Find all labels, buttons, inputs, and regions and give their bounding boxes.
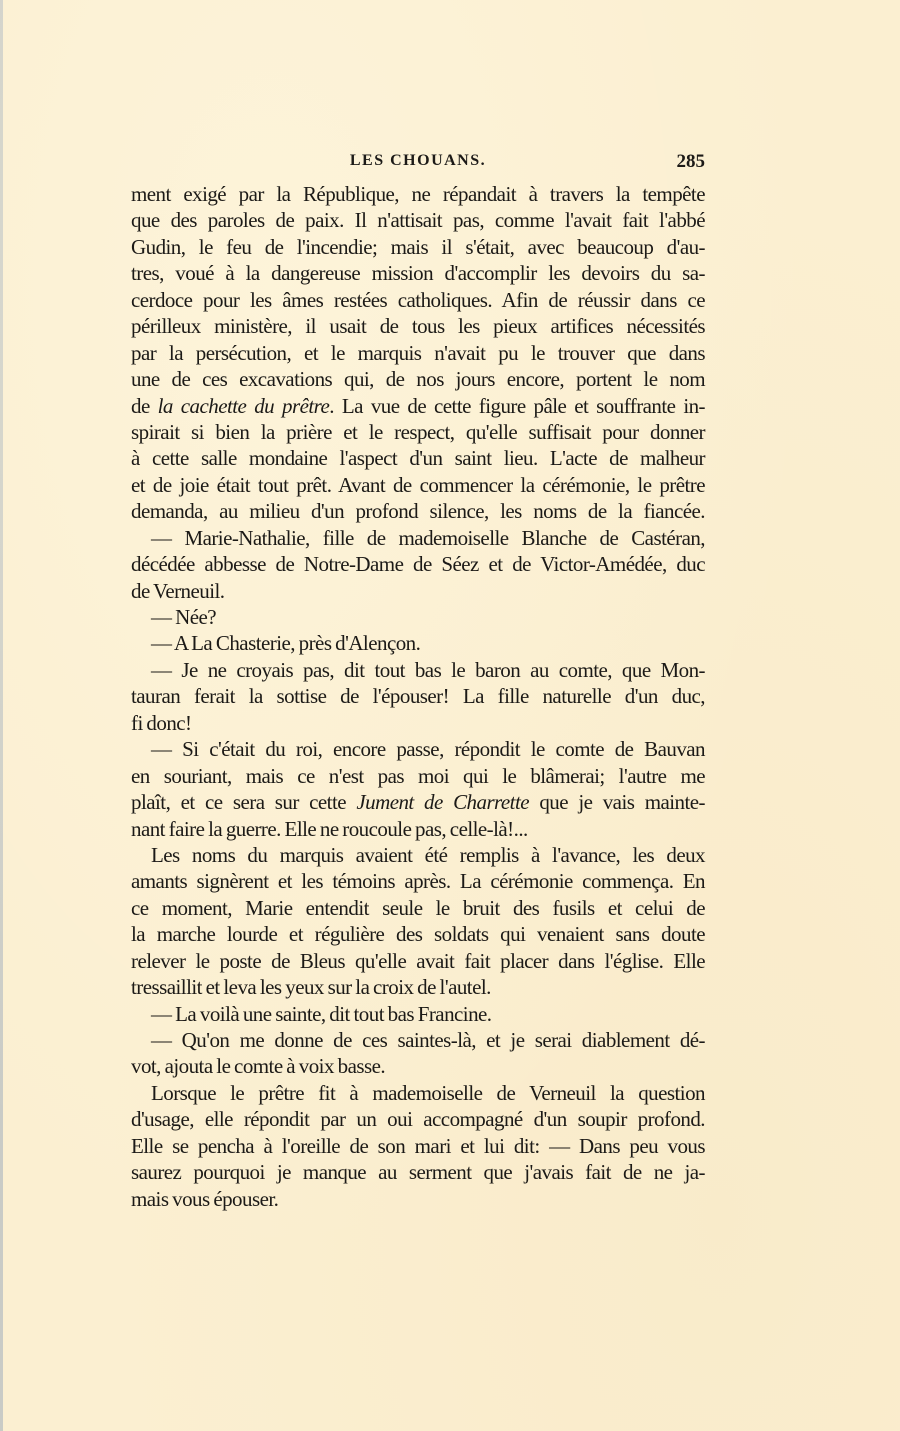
- text-run: décédée abbesse de Notre-Dame de Séez et…: [131, 552, 705, 576]
- running-head: LES CHOUANS. 285: [131, 152, 705, 176]
- text-line-content: tauran ferait la sottise de l'épouser! L…: [131, 683, 705, 709]
- text-run: à cette salle mondaine l'aspect d'un sai…: [131, 446, 705, 470]
- text-run: — Qu'on me donne de ces saintes-là, et j…: [151, 1028, 705, 1052]
- text-line-content: Les noms du marquis avaient été remplis …: [151, 842, 705, 868]
- text-run: périlleux ministère, il usait de tous le…: [131, 314, 705, 338]
- text-run: nant faire la guerre. Elle ne roucoule p…: [131, 817, 528, 841]
- text-line-content: Elle se pencha à l'oreille de son mari e…: [131, 1133, 705, 1159]
- running-title: LES CHOUANS.: [131, 152, 705, 170]
- text-line-content: tres, voué à la dangereuse mission d'acc…: [131, 260, 705, 286]
- text-run: — Si c'était du roi, encore passe, répon…: [151, 737, 705, 761]
- text-run: demanda, au milieu d'un profond silence,…: [131, 499, 705, 523]
- text-line: par la persécution, et le marquis n'avai…: [131, 340, 705, 366]
- text-line-content: spirait si bien la prière et le respect,…: [131, 419, 705, 445]
- text-line: relever le poste de Bleus qu'elle avait …: [131, 948, 705, 974]
- text-run: ment exigé par la République, ne répanda…: [131, 182, 705, 206]
- text-line: et de joie était tout prêt. Avant de com…: [131, 472, 705, 498]
- text-line-content: fi donc!: [131, 710, 705, 736]
- text-line-content: Lorsque le prêtre fit à mademoiselle de …: [151, 1080, 705, 1106]
- text-line: de Verneuil.: [131, 578, 705, 604]
- text-run: ce moment, Marie entendit seule le bruit…: [131, 896, 705, 920]
- text-line: saurez pourquoi je manque au serment que…: [131, 1159, 705, 1185]
- text-line-content: mais vous épouser.: [131, 1186, 705, 1212]
- text-line: Elle se pencha à l'oreille de son mari e…: [131, 1133, 705, 1159]
- text-line: ment exigé par la République, ne répanda…: [131, 181, 705, 207]
- text-run: fi donc!: [131, 711, 192, 735]
- text-line: une de ces excavations qui, de nos jours…: [131, 366, 705, 392]
- text-run: amants signèrent et les témoins après. L…: [131, 869, 705, 893]
- text-line: Les noms du marquis avaient été remplis …: [131, 842, 705, 868]
- text-line-content: en souriant, mais ce n'est pas moi qui l…: [131, 763, 705, 789]
- text-line-content: ment exigé par la République, ne répanda…: [131, 181, 705, 207]
- text-run: une de ces excavations qui, de nos jours…: [131, 367, 705, 391]
- text-line: — Si c'était du roi, encore passe, répon…: [131, 736, 705, 762]
- text-line: vot, ajouta le comte à voix basse.: [131, 1053, 705, 1079]
- text-run: tauran ferait la sottise de l'épouser! L…: [131, 684, 705, 708]
- text-line-content: relever le poste de Bleus qu'elle avait …: [131, 948, 705, 974]
- text-run: que des paroles de paix. Il n'attisait p…: [131, 208, 705, 232]
- text-line: — La voilà une sainte, dit tout bas Fran…: [131, 1001, 705, 1027]
- text-line: la marche lourde et régulière des soldat…: [131, 921, 705, 947]
- text-line: d'usage, elle répondit par un oui accomp…: [131, 1106, 705, 1132]
- text-line-content: que des paroles de paix. Il n'attisait p…: [131, 207, 705, 233]
- text-line-content: — Marie-Nathalie, fille de mademoiselle …: [151, 525, 705, 551]
- text-line: — A La Chasterie, près d'Alençon.: [131, 630, 705, 656]
- text-line: de la cachette du prêtre. La vue de cett…: [131, 393, 705, 419]
- text-run: mais vous épouser.: [131, 1187, 278, 1211]
- text-run: Lorsque le prêtre fit à mademoiselle de …: [151, 1081, 705, 1105]
- text-line-content: vot, ajouta le comte à voix basse.: [131, 1053, 705, 1079]
- text-line-content: à cette salle mondaine l'aspect d'un sai…: [131, 445, 705, 471]
- text-line-content: la marche lourde et régulière des soldat…: [131, 921, 705, 947]
- text-run: tres, voué à la dangereuse mission d'acc…: [131, 261, 705, 285]
- text-run: . La vue de cette figure pâle et souffra…: [329, 394, 705, 418]
- text-line-content: — Si c'était du roi, encore passe, répon…: [151, 736, 705, 762]
- body-text: ment exigé par la République, ne répanda…: [131, 181, 705, 1212]
- text-run: de: [131, 394, 158, 418]
- page-number: 285: [677, 151, 706, 173]
- text-line: tres, voué à la dangereuse mission d'acc…: [131, 260, 705, 286]
- text-line: mais vous épouser.: [131, 1186, 705, 1212]
- text-run: d'usage, elle répondit par un oui accomp…: [131, 1107, 705, 1131]
- text-run: relever le poste de Bleus qu'elle avait …: [131, 949, 705, 973]
- text-run: Les noms du marquis avaient été remplis …: [151, 843, 705, 867]
- text-run: vot, ajouta le comte à voix basse.: [131, 1054, 385, 1078]
- text-run: cerdoce pour les âmes restées catholique…: [131, 288, 705, 312]
- text-run: — Je ne croyais pas, dit tout bas le bar…: [151, 658, 705, 682]
- text-line-content: ce moment, Marie entendit seule le bruit…: [131, 895, 705, 921]
- text-line: — Marie-Nathalie, fille de mademoiselle …: [131, 525, 705, 551]
- book-page: LES CHOUANS. 285 ment exigé par la Répub…: [0, 0, 900, 1431]
- text-run: saurez pourquoi je manque au serment que…: [131, 1160, 705, 1184]
- text-line: demanda, au milieu d'un profond silence,…: [131, 498, 705, 524]
- text-run: et de joie était tout prêt. Avant de com…: [131, 473, 705, 497]
- text-line: amants signèrent et les témoins après. L…: [131, 868, 705, 894]
- text-line-content: — La voilà une sainte, dit tout bas Fran…: [151, 1001, 705, 1027]
- text-run: — Marie-Nathalie, fille de mademoiselle …: [151, 526, 705, 550]
- text-line-content: nant faire la guerre. Elle ne roucoule p…: [131, 816, 705, 842]
- text-line-content: saurez pourquoi je manque au serment que…: [131, 1159, 705, 1185]
- text-run: en souriant, mais ce n'est pas moi qui l…: [131, 764, 705, 788]
- text-line-content: et de joie était tout prêt. Avant de com…: [131, 472, 705, 498]
- text-run: — La voilà une sainte, dit tout bas Fran…: [151, 1002, 492, 1026]
- text-run: — Née?: [151, 605, 216, 629]
- text-line: ce moment, Marie entendit seule le bruit…: [131, 895, 705, 921]
- text-run: la marche lourde et régulière des soldat…: [131, 922, 705, 946]
- text-line-content: cerdoce pour les âmes restées catholique…: [131, 287, 705, 313]
- text-line-content: — A La Chasterie, près d'Alençon.: [151, 630, 705, 656]
- text-line-content: de la cachette du prêtre. La vue de cett…: [131, 393, 705, 419]
- text-line: fi donc!: [131, 710, 705, 736]
- text-line: décédée abbesse de Notre-Dame de Séez et…: [131, 551, 705, 577]
- text-line-content: d'usage, elle répondit par un oui accomp…: [131, 1106, 705, 1132]
- text-line: périlleux ministère, il usait de tous le…: [131, 313, 705, 339]
- text-run: de Verneuil.: [131, 579, 224, 603]
- text-run: que je vais mainte-: [529, 790, 705, 814]
- text-run: Elle se pencha à l'oreille de son mari e…: [131, 1134, 705, 1158]
- italic-title: la cachette du prêtre: [158, 394, 330, 418]
- text-line-content: décédée abbesse de Notre-Dame de Séez et…: [131, 551, 705, 577]
- text-line: que des paroles de paix. Il n'attisait p…: [131, 207, 705, 233]
- text-line: nant faire la guerre. Elle ne roucoule p…: [131, 816, 705, 842]
- text-line: tauran ferait la sottise de l'épouser! L…: [131, 683, 705, 709]
- italic-title: Jument de Charrette: [356, 790, 529, 814]
- text-line-content: — Née?: [151, 604, 705, 630]
- text-run: Gudin, le feu de l'incendie; mais il s'é…: [131, 235, 705, 259]
- text-line: — Je ne croyais pas, dit tout bas le bar…: [131, 657, 705, 683]
- text-run: plaît, et ce sera sur cette: [131, 790, 356, 814]
- text-line-content: tressaillit et leva les yeux sur la croi…: [131, 974, 705, 1000]
- text-line-content: — Qu'on me donne de ces saintes-là, et j…: [151, 1027, 705, 1053]
- text-line: plaît, et ce sera sur cette Jument de Ch…: [131, 789, 705, 815]
- text-line-content: une de ces excavations qui, de nos jours…: [131, 366, 705, 392]
- text-run: spirait si bien la prière et le respect,…: [131, 420, 705, 444]
- text-run: — A La Chasterie, près d'Alençon.: [151, 631, 420, 655]
- text-line: à cette salle mondaine l'aspect d'un sai…: [131, 445, 705, 471]
- text-line: — Qu'on me donne de ces saintes-là, et j…: [131, 1027, 705, 1053]
- text-line-content: demanda, au milieu d'un profond silence,…: [131, 498, 705, 524]
- text-run: tressaillit et leva les yeux sur la croi…: [131, 975, 491, 999]
- text-run: par la persécution, et le marquis n'avai…: [131, 341, 705, 365]
- text-line: tressaillit et leva les yeux sur la croi…: [131, 974, 705, 1000]
- text-line: Gudin, le feu de l'incendie; mais il s'é…: [131, 234, 705, 260]
- text-line-content: — Je ne croyais pas, dit tout bas le bar…: [151, 657, 705, 683]
- text-line: Lorsque le prêtre fit à mademoiselle de …: [131, 1080, 705, 1106]
- text-line-content: périlleux ministère, il usait de tous le…: [131, 313, 705, 339]
- text-line-content: amants signèrent et les témoins après. L…: [131, 868, 705, 894]
- text-line-content: Gudin, le feu de l'incendie; mais il s'é…: [131, 234, 705, 260]
- text-line-content: par la persécution, et le marquis n'avai…: [131, 340, 705, 366]
- text-line: spirait si bien la prière et le respect,…: [131, 419, 705, 445]
- text-line-content: plaît, et ce sera sur cette Jument de Ch…: [131, 789, 705, 815]
- text-line-content: de Verneuil.: [131, 578, 705, 604]
- text-line: — Née?: [131, 604, 705, 630]
- text-line: cerdoce pour les âmes restées catholique…: [131, 287, 705, 313]
- text-line: en souriant, mais ce n'est pas moi qui l…: [131, 763, 705, 789]
